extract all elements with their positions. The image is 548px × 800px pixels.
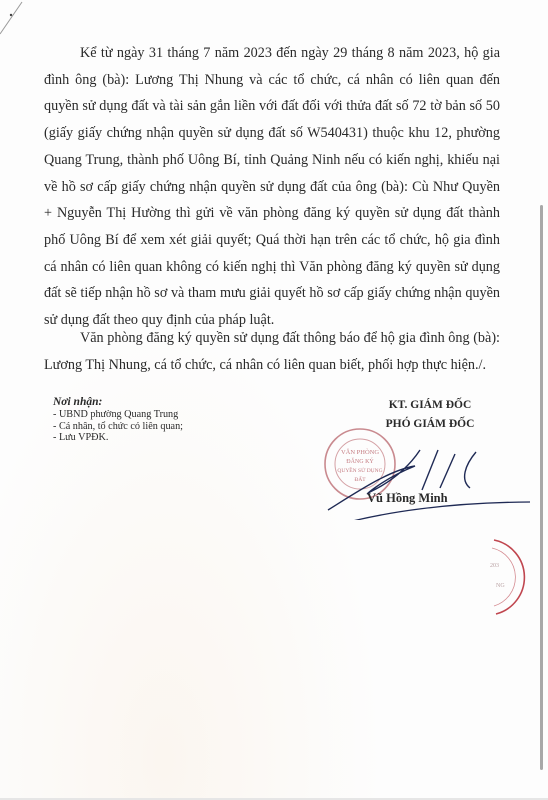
recipient-item: - Cá nhân, tổ chức có liên quan; [53, 421, 183, 433]
vertical-scrollbar[interactable] [540, 205, 543, 770]
recipient-item: - UBND phường Quang Trung [53, 409, 183, 421]
notice-paragraph-1: Kể từ ngày 31 tháng 7 năm 2023 đến ngày … [44, 40, 500, 334]
corner-pen-mark [0, 0, 26, 40]
svg-text:203: 203 [490, 563, 499, 569]
handwritten-signature [300, 430, 530, 520]
signature-title-line1: KT. GIÁM ĐỐC [350, 396, 510, 415]
notice-paragraph-2: Văn phòng đăng ký quyền sử dụng đất thôn… [44, 325, 500, 378]
recipients-title: Nơi nhận: [53, 396, 183, 409]
document-page: Kể từ ngày 31 tháng 7 năm 2023 đến ngày … [0, 0, 548, 800]
signer-name: Vũ Hồng Minh [367, 491, 448, 506]
partial-stamp-icon: 203 NG [478, 532, 538, 622]
svg-text:NG: NG [496, 583, 505, 589]
recipients-list: Nơi nhận: - UBND phường Quang Trung - Cá… [53, 396, 183, 444]
recipient-item: - Lưu VPĐK. [53, 432, 183, 444]
